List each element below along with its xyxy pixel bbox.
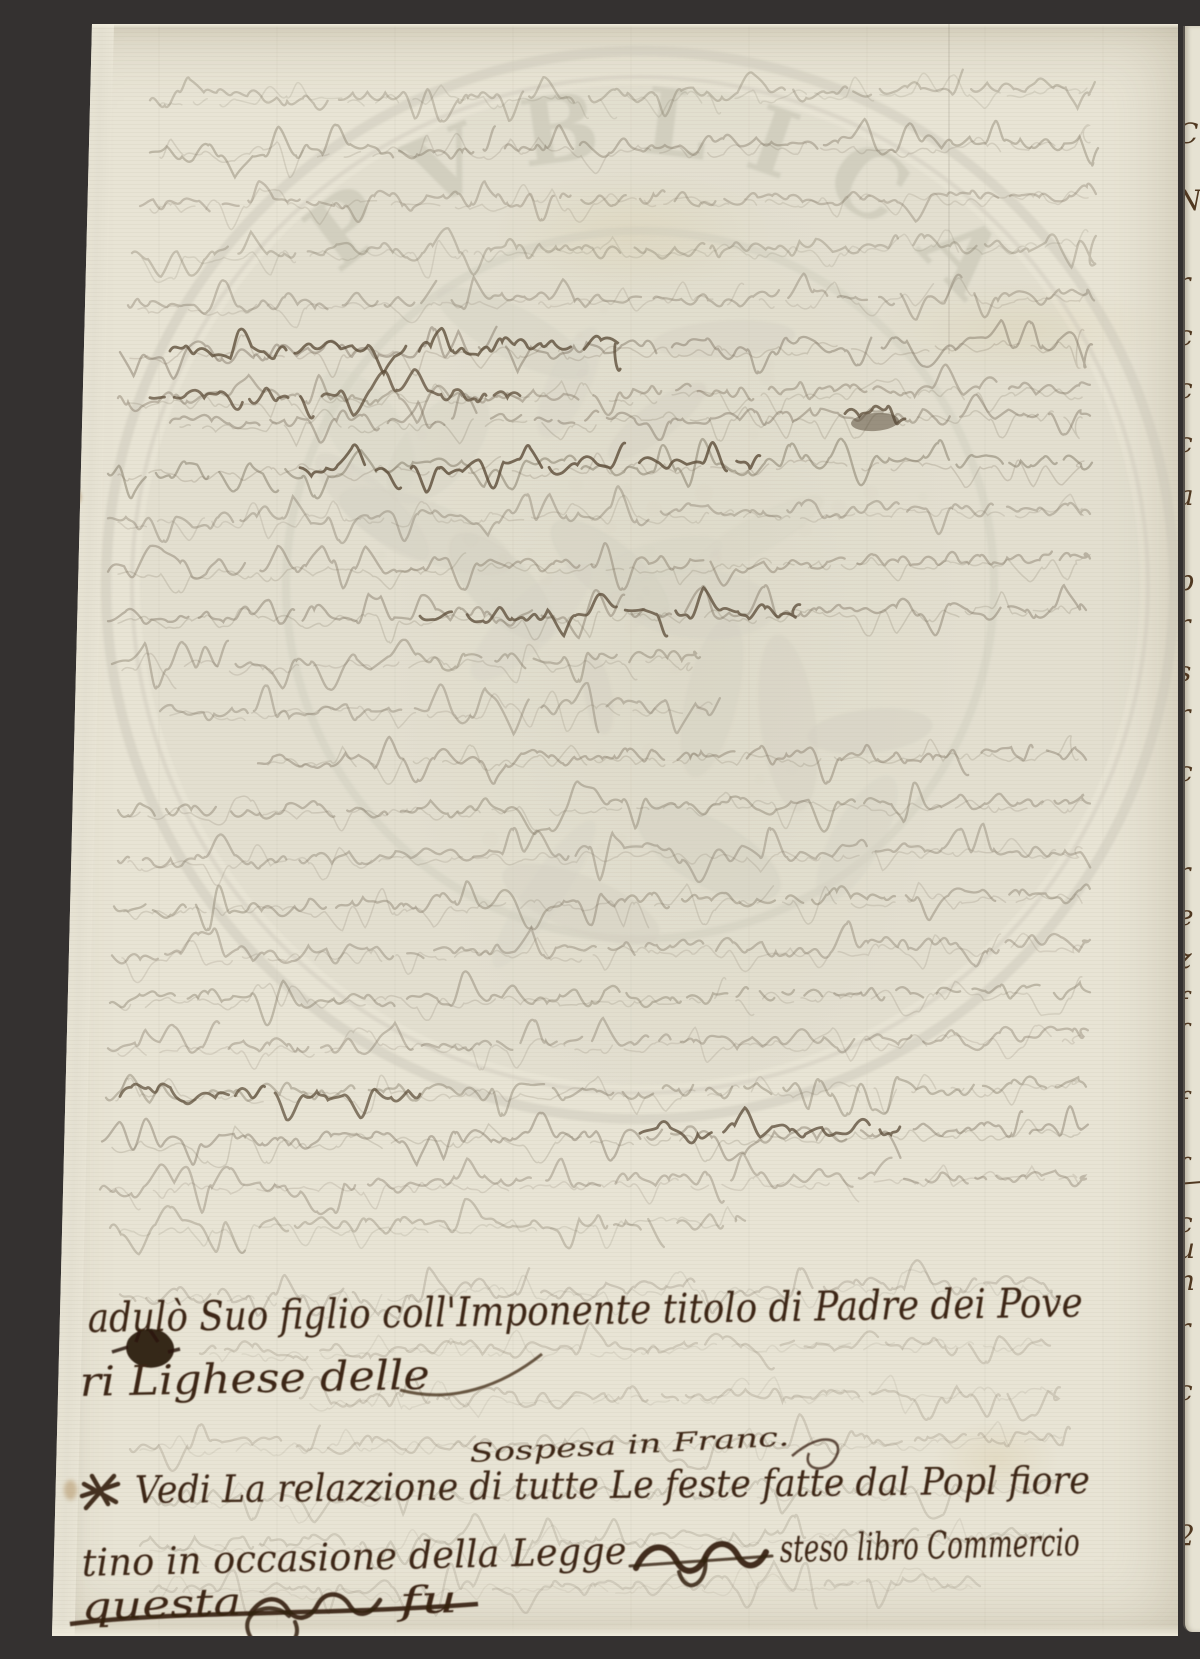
cutoff-letter: r <box>1185 1312 1192 1345</box>
cutoff-letter: C <box>1185 117 1198 150</box>
annotation-line1: adulò Suo figlio coll'Imponente titolo d… <box>87 1278 1083 1342</box>
cutoff-letter: ſ <box>1185 1018 1192 1051</box>
cutoff-letter: c <box>1185 755 1193 788</box>
cutoff-underline <box>1185 1182 1200 1184</box>
cutoff-letters: CNrcccabrsrcrezfſfſcunrcl2 <box>1185 26 1200 1632</box>
ink-annotations-layer: adulò Suo figlio coll'Imponente titolo d… <box>0 0 1200 1659</box>
footnote-line3-end: fu <box>394 1577 458 1623</box>
facing-page-edge: CNrcccabrsrcrezfſfſcunrcl2 <box>1183 26 1200 1632</box>
cutoff-letter: f <box>1185 1086 1192 1119</box>
annotation-line2: ri Lighese delle <box>79 1351 430 1406</box>
cutoff-letter: N <box>1185 184 1200 217</box>
cutoff-letter: r <box>1185 856 1192 889</box>
cutoff-letter: ſ <box>1185 1152 1192 1185</box>
cutoff-letter: c <box>1185 319 1193 352</box>
cutoff-letter: n <box>1185 1264 1195 1297</box>
cutoff-letter: c <box>1185 1374 1193 1407</box>
cutoff-letter: c <box>1185 426 1193 459</box>
cutoff-letter: r <box>1185 698 1192 731</box>
footnote-line3-scribble <box>247 1594 380 1649</box>
scanned-manuscript-photo: PVBLICA adulò Suo figlio coll'Imponente … <box>0 0 1200 1659</box>
cutoff-letter: s <box>1185 655 1191 688</box>
cutoff-letter: r <box>1185 608 1192 641</box>
cutoff-letter: a <box>1185 479 1194 512</box>
footnote-line2-end: steso libro Commercio <box>779 1520 1080 1571</box>
crossed-out-word <box>630 1544 772 1585</box>
footnote-line2-start: tino in occasione della Legge <box>81 1529 627 1585</box>
cutoff-letter: b <box>1185 564 1195 597</box>
cutoff-letter: l <box>1185 1434 1186 1467</box>
footnote-line1: Vedi La relazzione di tutte Le feste fat… <box>135 1458 1090 1512</box>
cutoff-letter: e <box>1185 899 1194 932</box>
cutoff-letter: c <box>1185 372 1193 405</box>
cutoff-letter: u <box>1185 1232 1195 1265</box>
cutoff-letter: r <box>1185 266 1192 299</box>
footnote-asterisk <box>82 1476 118 1508</box>
cutoff-letter: f <box>1185 986 1192 1019</box>
cutoff-letter: 2 <box>1185 1519 1195 1552</box>
cutoff-letter: z <box>1185 942 1192 975</box>
